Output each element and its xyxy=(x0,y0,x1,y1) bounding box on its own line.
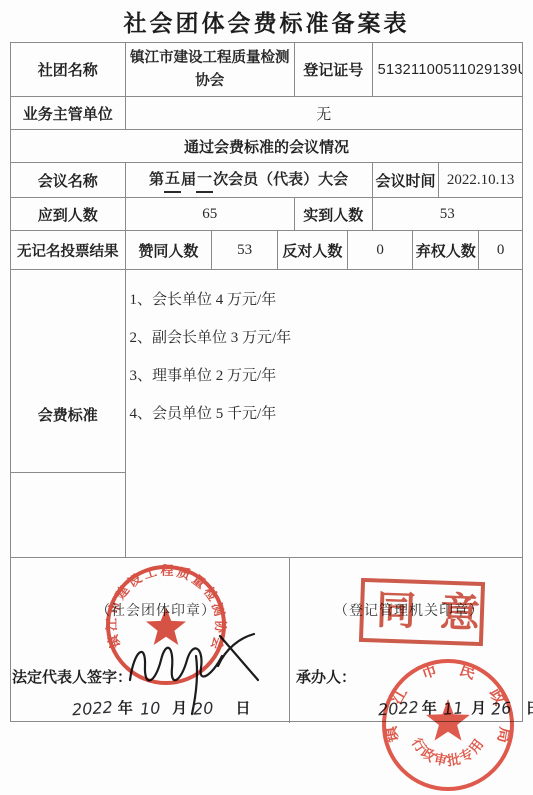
expected-label: 应到人数 xyxy=(11,198,126,230)
org-name-value: 镇江市建设工程质量检测协会 xyxy=(126,43,295,96)
reg-no-value: 51321100511029139U xyxy=(373,43,522,96)
meeting-name-value: 第五届一次会员（代表）大会 xyxy=(126,163,373,197)
meeting-name-label: 会议名称 xyxy=(11,163,126,197)
meeting-time-label: 会议时间 xyxy=(373,163,440,197)
row-org: 社团名称 镇江市建设工程质量检测协会 登记证号 5132110051102913… xyxy=(11,43,522,97)
oppose-label: 反对人数 xyxy=(278,231,348,269)
meeting-section-title: 通过会费标准的会议情况 xyxy=(11,130,522,162)
actual-label: 实到人数 xyxy=(295,198,373,230)
agree-stamp: 同意 xyxy=(359,578,485,646)
meeting-number-handwritten: 一 xyxy=(196,167,213,192)
row-supervisor: 业务主管单位 无 xyxy=(11,97,522,130)
abstain-label: 弃权人数 xyxy=(413,231,479,269)
supervisor-label: 业务主管单位 xyxy=(11,97,126,129)
org-name-label: 社团名称 xyxy=(11,43,126,96)
expected-value: 65 xyxy=(126,198,295,230)
meeting-name-part: 次会员（代表）大会 xyxy=(213,168,348,191)
reg-no-label: 登记证号 xyxy=(295,43,373,96)
meeting-name-part: 届 xyxy=(181,168,196,191)
row-meeting-section: 通过会费标准的会议情况 xyxy=(11,130,522,163)
filing-form-page: 社会团体会费标准备案表 社团名称 镇江市建设工程质量检测协会 登记证号 5132… xyxy=(0,0,533,795)
approve-label: 赞同人数 xyxy=(126,231,213,269)
row-vote: 无记名投票结果 赞同人数 53 反对人数 0 弃权人数 0 xyxy=(11,231,522,270)
day-unit: 日 xyxy=(525,697,533,718)
agree-stamp-text: 同意 xyxy=(375,590,504,634)
fee-cell-divider xyxy=(11,472,125,473)
seal-star-icon xyxy=(146,607,186,645)
abstain-value: 0 xyxy=(479,231,522,269)
oppose-value: 0 xyxy=(348,231,414,269)
association-date-year-handwritten: 2022 xyxy=(71,698,113,720)
fee-item: 2、副会长单位 3 万元/年 xyxy=(130,328,292,348)
fee-item: 3、理事单位 2 万元/年 xyxy=(130,366,277,386)
actual-value: 53 xyxy=(373,198,522,230)
vote-result-label: 无记名投票结果 xyxy=(11,231,126,269)
meeting-name-part: 第 xyxy=(149,168,164,191)
fee-item: 1、会长单位 4 万元/年 xyxy=(130,290,277,310)
meeting-session-handwritten: 五 xyxy=(164,167,181,192)
supervisor-value: 无 xyxy=(126,97,522,129)
fee-item: 4、会员单位 5 千元/年 xyxy=(130,404,277,424)
handler-label: 承办人： xyxy=(296,666,356,687)
fee-items-cell: 1、会长单位 4 万元/年 2、副会长单位 3 万元/年 3、理事单位 2 万元… xyxy=(126,270,522,557)
row-attendance: 应到人数 65 实到人数 53 xyxy=(11,198,522,231)
page-title: 社会团体会费标准备案表 xyxy=(0,5,533,38)
seal-star-icon xyxy=(426,699,470,741)
fee-label: 会费标准 xyxy=(11,404,125,425)
row-fee-standard: 会费标准 1、会长单位 4 万元/年 2、副会长单位 3 万元/年 3、理事单位… xyxy=(11,270,522,558)
authority-round-seal: 镇江市民政局 行政审批专用章 xyxy=(378,655,518,795)
approve-value: 53 xyxy=(212,231,278,269)
association-round-seal: 镇江市建设工程质量检测协会 xyxy=(103,562,229,688)
fee-label-cell: 会费标准 xyxy=(11,270,126,557)
meeting-time-value: 2022.10.13 xyxy=(439,163,522,197)
row-meeting-name: 会议名称 第五届一次会员（代表）大会 会议时间 2022.10.13 xyxy=(11,163,522,198)
